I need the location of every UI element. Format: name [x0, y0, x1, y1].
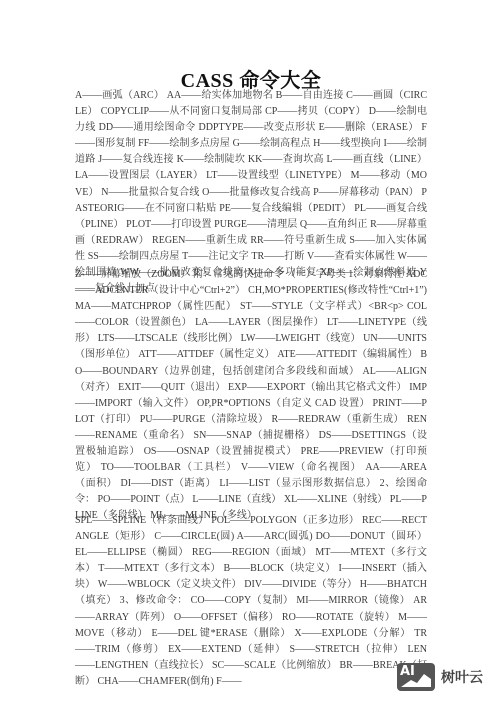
mountain-icon	[397, 663, 435, 691]
brand-name: 树叶云	[441, 667, 483, 687]
paragraph-cass-commands: A——画弧（ARC） AA——给实体加地物名 B——自由连接 C——画圆（CIR…	[75, 88, 427, 297]
paragraph-draw-modify-commands: SPL——SPLINE（样条曲线） POL——POLYGON（正多边形） REC…	[75, 513, 427, 690]
paragraph-shortcut-commands: Z——屏幕缩放（ZOOM） 附：常见的快捷命令 （一）字母类 1、对象特性 AD…	[75, 267, 427, 525]
watermark-brand: AI 树叶云	[397, 663, 483, 691]
ai-logo-icon: AI	[397, 663, 435, 691]
